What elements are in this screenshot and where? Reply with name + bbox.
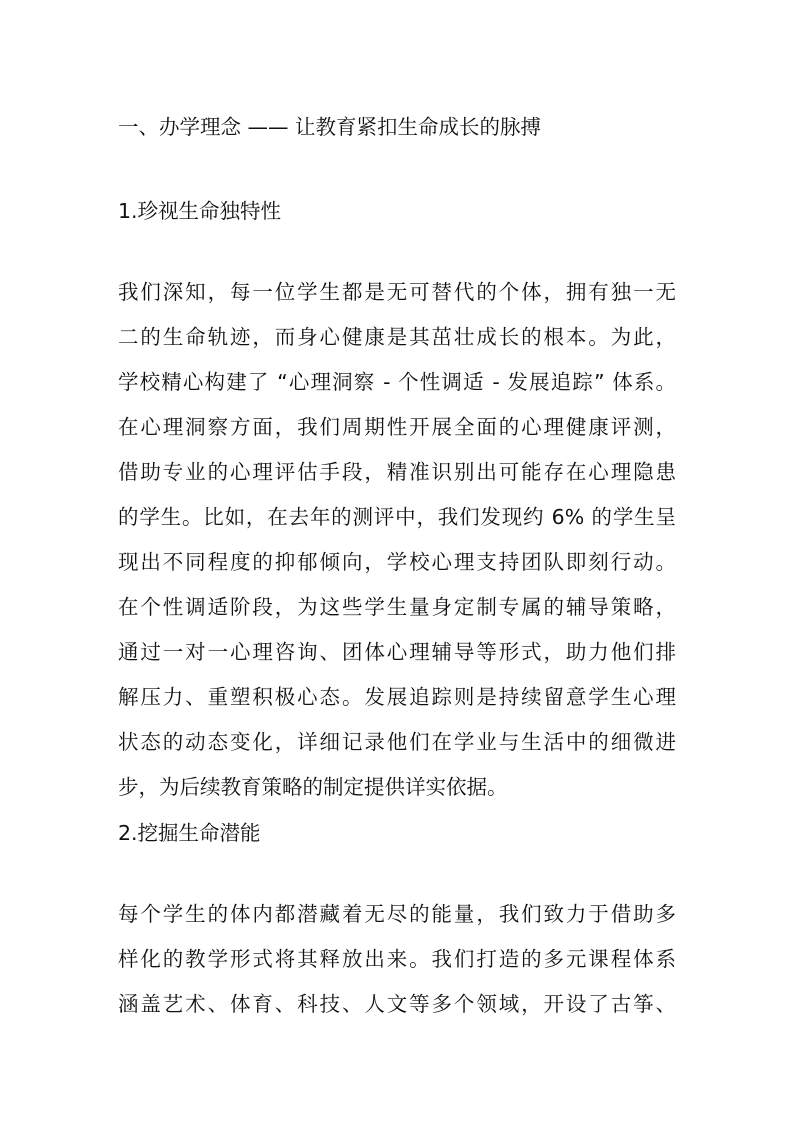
paragraph-line: 在个性调适阶段，为这些学生量身定制专属的辅导策略， bbox=[118, 593, 676, 621]
paragraph-line: 步，为后续教育策略的制定提供详实依据。 bbox=[118, 773, 678, 801]
paragraph-line: 二的生命轨迹，而身心健康是其茁壮成长的根本。为此， bbox=[118, 323, 676, 351]
paragraph-line: 现出不同程度的抑郁倾向，学校心理支持团队即刻行动。 bbox=[118, 548, 676, 576]
paragraph-line: 状态的动态变化，详细记录他们在学业与生活中的细微进 bbox=[118, 728, 676, 756]
paragraph-line: 借助专业的心理评估手段，精准识别出可能存在心理隐患 bbox=[118, 458, 676, 486]
paragraph-line: 通过一对一心理咨询、团体心理辅导等形式，助力他们排 bbox=[118, 638, 676, 666]
document-page: 一、办学理念 —— 让教育紧扣生命成长的脉搏 1.珍视生命独特性 我们深知，每一… bbox=[0, 0, 793, 1122]
subsection-title-1: 1.珍视生命独特性 bbox=[118, 197, 678, 225]
paragraph-line: 我们深知，每一位学生都是无可替代的个体，拥有独一无 bbox=[118, 278, 676, 306]
subsection-title-2: 2.挖掘生命潜能 bbox=[118, 819, 678, 847]
paragraph-line: 涵盖艺术、体育、科技、人文等多个领域，开设了古筝、 bbox=[118, 990, 676, 1018]
section-heading: 一、办学理念 —— 让教育紧扣生命成长的脉搏 bbox=[118, 113, 678, 141]
paragraph-line: 学校精心构建了 “心理洞察 - 个性调适 - 发展追踪” 体系。 bbox=[118, 368, 676, 396]
paragraph-line: 每个学生的体内都潜藏着无尽的能量，我们致力于借助多 bbox=[118, 900, 676, 928]
paragraph-line: 解压力、重塑积极心态。发展追踪则是持续留意学生心理 bbox=[118, 683, 676, 711]
paragraph-line: 样化的教学形式将其释放出来。我们打造的多元课程体系 bbox=[118, 945, 676, 973]
paragraph-line: 在心理洞察方面，我们周期性开展全面的心理健康评测， bbox=[118, 413, 676, 441]
paragraph-line: 的学生。比如，在去年的测评中，我们发现约 6% 的学生呈 bbox=[118, 503, 676, 531]
